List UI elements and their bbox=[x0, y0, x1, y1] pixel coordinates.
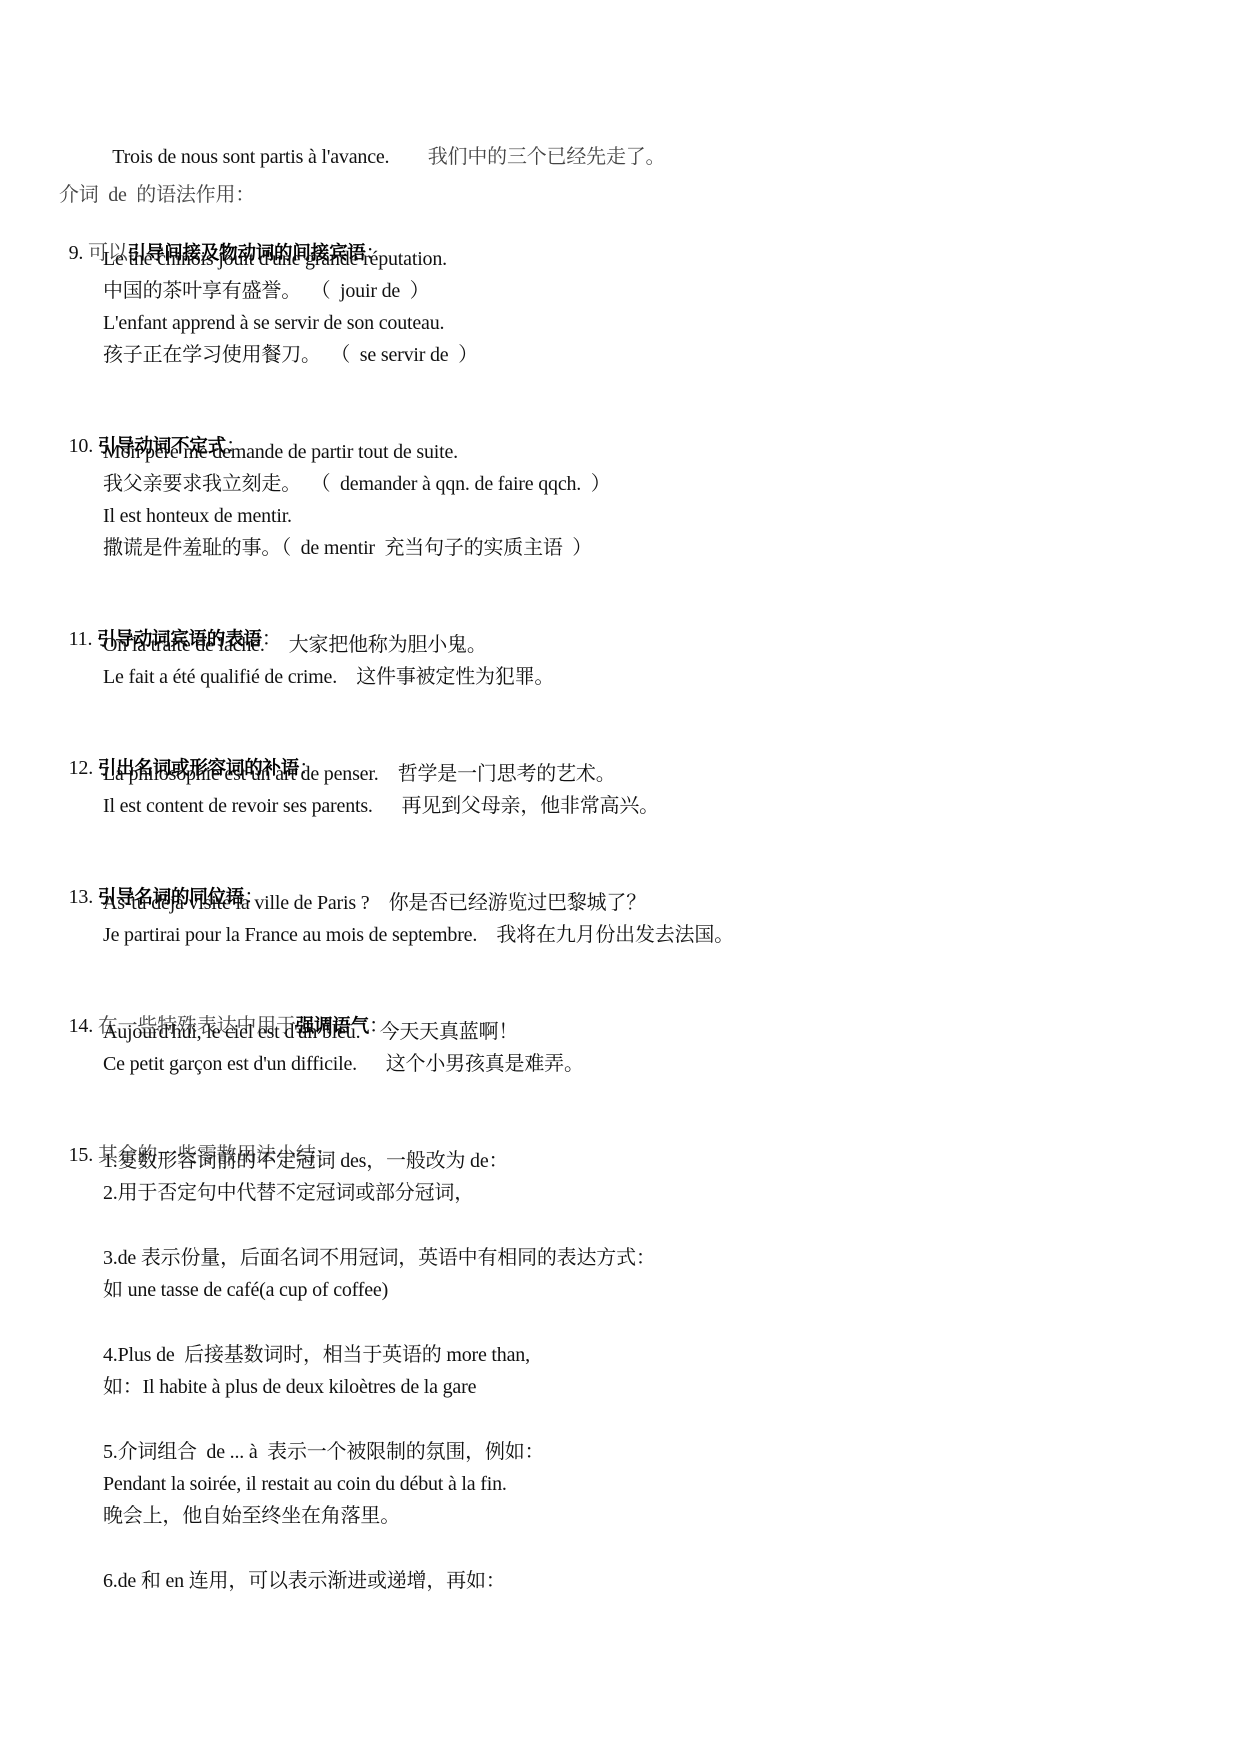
item-line: 6.de 和 en 连用，可以表示渐进或递增，再如： bbox=[103, 1568, 506, 1594]
item-line: L'enfant apprend à se servir de son cout… bbox=[103, 310, 444, 336]
item-line: Il est honteux de mentir. bbox=[103, 503, 292, 529]
item-line: 如 une tasse de café(a cup of coffee) bbox=[103, 1277, 388, 1303]
item-line: Le fait a été qualifié de crime. 这件事被定性为… bbox=[103, 664, 554, 690]
intro-example: Trois de nous sont partis à l'avance. 我们… bbox=[103, 118, 665, 170]
item-line: 孩子正在学习使用餐刀。 （ se servir de ） bbox=[103, 342, 478, 368]
item-line: La philosophie est un art de penser. 哲学是… bbox=[103, 761, 616, 787]
example-fr: Trois de nous sont partis à l'avance. bbox=[112, 146, 389, 168]
item-line: Aujourd'hui, le ciel est d'un bleu. 今天天真… bbox=[103, 1019, 518, 1045]
item-number: 14. bbox=[69, 1015, 93, 1037]
item-number: 10. bbox=[69, 435, 93, 457]
item-line: 晚会上，他自始至终坐在角落里。 bbox=[103, 1503, 400, 1529]
item-line: On la traite de lache. 大家把他称为胆小鬼。 bbox=[103, 632, 487, 658]
item-line: 5.介词组合 de ... à 表示一个被限制的氛围，例如： bbox=[103, 1439, 544, 1465]
item-line: Je partirai pour la France au mois de se… bbox=[103, 922, 734, 948]
item-line: 中国的茶叶享有盛誉。 （ jouir de ） bbox=[103, 278, 429, 304]
item-line: 1.复数形容词前的不定冠词 des，一般改为 de： bbox=[103, 1148, 508, 1174]
item-line: Pendant la soirée, il restait au coin du… bbox=[103, 1471, 507, 1497]
item-line: Ce petit garçon est d'un difficile. 这个小男… bbox=[103, 1051, 584, 1077]
item-number: 13. bbox=[69, 886, 93, 908]
item-number: 12. bbox=[69, 757, 93, 779]
item-line: 如：Il habite à plus de deux kiloètres de … bbox=[103, 1374, 476, 1400]
item-line: 我父亲要求我立刻走。 （ demander à qqn. de faire qq… bbox=[103, 471, 611, 497]
item-line: Le thé chinois jouit d'une grande réputa… bbox=[103, 246, 447, 272]
item-number: 9. bbox=[69, 242, 84, 264]
example-zh: 我们中的三个已经先走了。 bbox=[428, 146, 666, 168]
item-line: 3.de 表示份量，后面名词不用冠词，英语中有相同的表达方式： bbox=[103, 1245, 656, 1271]
item-line: As-tu déjà visité la ville de Paris ? 你是… bbox=[103, 890, 646, 916]
item-number: 15. bbox=[69, 1144, 93, 1166]
section-title: 介词 de 的语法作用： bbox=[59, 182, 255, 208]
item-number: 11. bbox=[69, 628, 93, 650]
item-line: Il est content de revoir ses parents. 再见… bbox=[103, 793, 659, 819]
item-line: 2.用于否定句中代替不定冠词或部分冠词， bbox=[103, 1180, 474, 1206]
item-line: 撒谎是件羞耻的事。（ de mentir 充当句子的实质主语 ） bbox=[103, 535, 592, 561]
item-line: Mon père me demande de partir tout de su… bbox=[103, 439, 458, 465]
item-line: 4.Plus de 后接基数词时，相当于英语的 more than, bbox=[103, 1342, 530, 1368]
